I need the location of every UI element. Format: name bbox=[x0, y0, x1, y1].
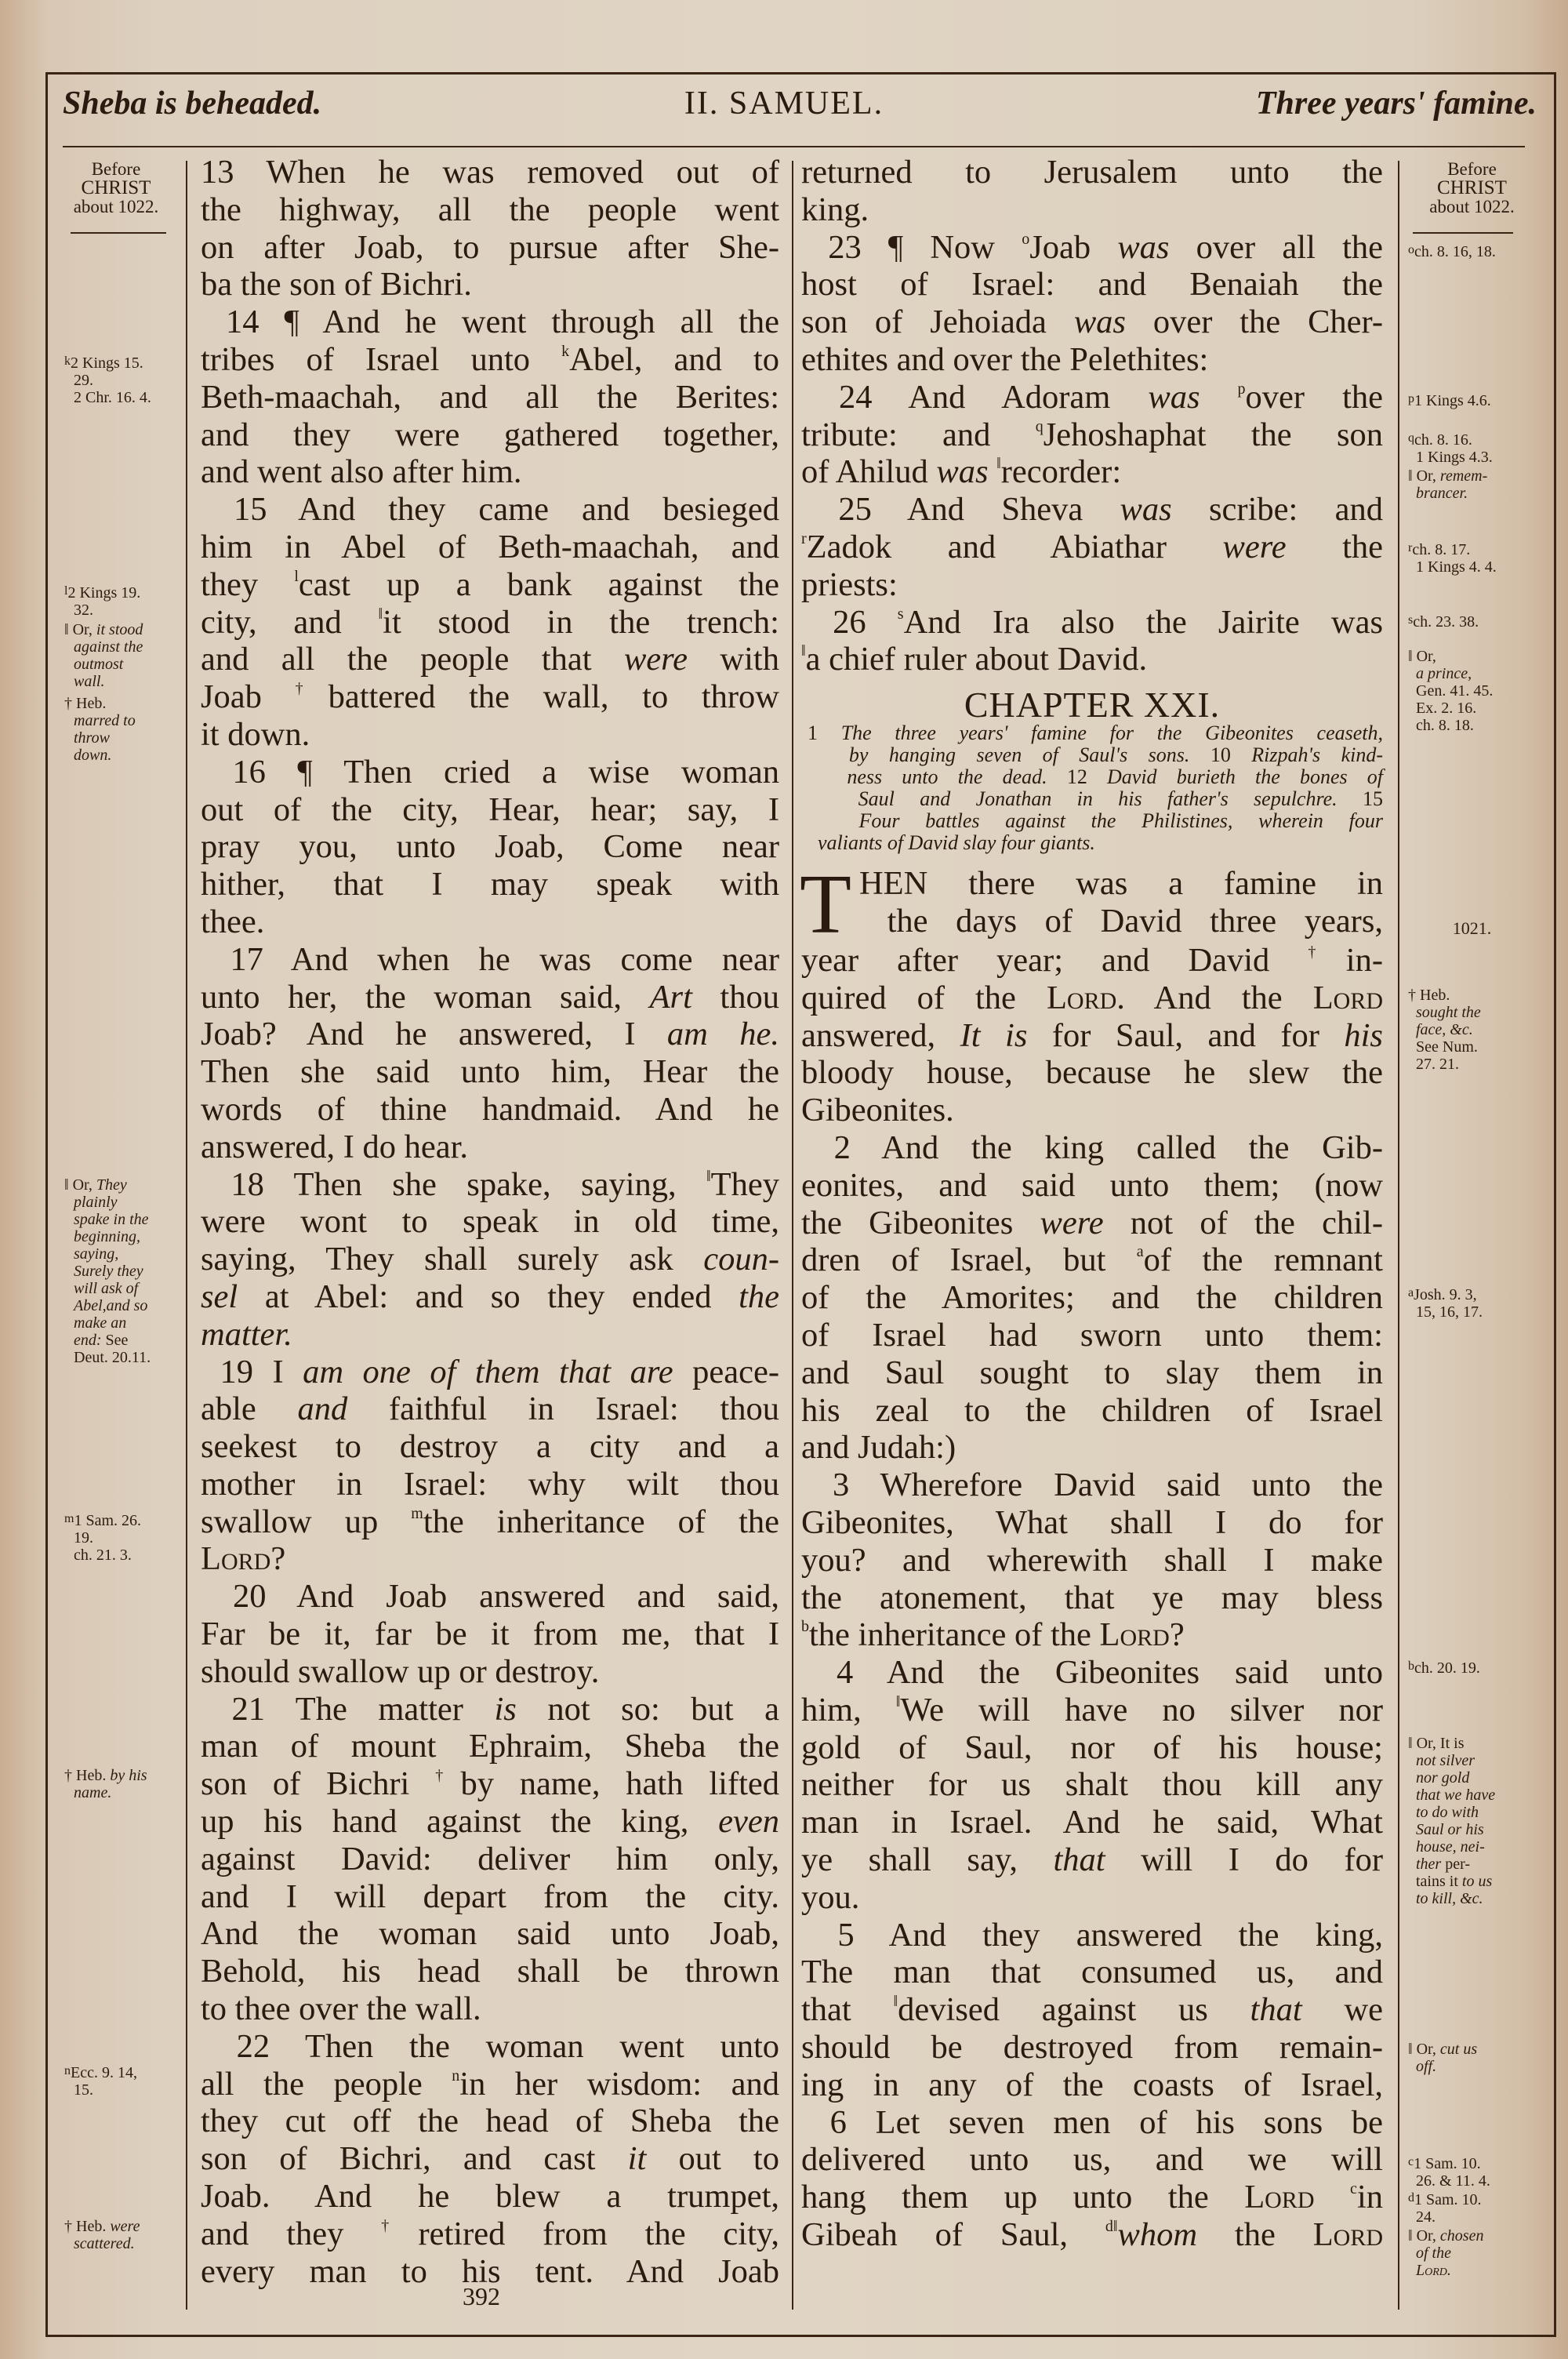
text-line: Joab. And he blew a trumpet, bbox=[201, 2178, 779, 2215]
text-line: quired of the Lord. And the Lord bbox=[801, 980, 1383, 1017]
text-line: The man that consumed us, and bbox=[801, 1954, 1383, 1991]
text-line: host of Israel: and Benaiah the bbox=[801, 266, 1383, 304]
text-line: the highway, all the people went bbox=[201, 191, 779, 229]
verse-18: 18 Then she spake, saying, ‖They bbox=[201, 1166, 779, 1204]
verse-14: 14 ¶ And he went through all the bbox=[201, 304, 779, 341]
text-line: of Ahilud was ‖recorder: bbox=[801, 453, 1383, 491]
date-before: Before bbox=[49, 160, 183, 179]
text-line: hang them up unto the Lord cin bbox=[801, 2179, 1383, 2216]
verse-4: 4 And the Gibeonites said unto bbox=[801, 1654, 1383, 1692]
verse-16: 16 ¶ Then cried a wise woman bbox=[201, 754, 779, 791]
text-line: city, and ‖it stood in the trench: bbox=[201, 604, 779, 642]
text-line: son of Jehoiada was over the Cher- bbox=[801, 304, 1383, 341]
date-christ: CHRIST bbox=[49, 179, 183, 198]
text-line: neither for us shalt thou kill any bbox=[801, 1766, 1383, 1804]
verse-6: 6 Let seven men of his sons be bbox=[801, 2104, 1383, 2142]
text-line: man in Israel. And he said, What bbox=[801, 1804, 1383, 1841]
text-line: were wont to speak in old time, bbox=[201, 1203, 779, 1241]
verse-24: 24 And Adoram was pover the bbox=[801, 379, 1383, 416]
text-line: the Gibeonites were not of the chil- bbox=[801, 1205, 1383, 1242]
text-line: it down. bbox=[201, 716, 779, 754]
text-line: sel at Abel: and so they ended the bbox=[201, 1278, 779, 1316]
margin-note-or-chosen: ‖ Or, chosen of the Lord. bbox=[1408, 2227, 1541, 2279]
text-line: thee. bbox=[201, 903, 779, 941]
text-line: Gibeonites, What shall I do for bbox=[801, 1504, 1383, 1542]
verse-2: 2 And the king called the Gib- bbox=[801, 1129, 1383, 1167]
right-date-label: Before CHRIST about 1022. bbox=[1403, 160, 1541, 216]
text-line: should be destroyed from remain- bbox=[801, 2029, 1383, 2066]
text-line: out of the city, Hear, hear; say, I bbox=[201, 791, 779, 829]
text-line: to thee over the wall. bbox=[201, 1990, 779, 2028]
text-line: his zeal to the children of Israel bbox=[801, 1392, 1383, 1430]
margin-note-l: l2 Kings 19. 32. bbox=[64, 584, 198, 619]
summary-line: 1 The three years' famine for the Gibeon… bbox=[808, 722, 1383, 744]
text-line: ‖a chief ruler about David. bbox=[801, 641, 1383, 678]
summary-line: ness unto the dead. 12 David burieth the… bbox=[808, 766, 1383, 788]
text-line: of the Amorites; and the children bbox=[801, 1279, 1383, 1317]
text-line: and I will depart from the city. bbox=[201, 1878, 779, 1916]
text-line: you. bbox=[801, 1879, 1383, 1917]
text-line: on after Joab, to pursue after She- bbox=[201, 229, 779, 267]
margin-note-heb-by-name: † Heb. by his name. bbox=[64, 1767, 198, 1801]
text-line: tribute: and qJehoshaphat the son bbox=[801, 416, 1383, 454]
text-line: Far be it, far be it from me, that I bbox=[201, 1616, 779, 1653]
text-line: year after year; and David †in- bbox=[801, 942, 1383, 980]
text-line: matter. bbox=[201, 1316, 779, 1354]
text-line: HEN there was a famine in bbox=[801, 865, 1383, 903]
text-line: Joab †battered the wall, to throw bbox=[201, 678, 779, 716]
text-line: man of mount Ephraim, Sheba the bbox=[201, 1728, 779, 1765]
verse-19: 19 I am one of them that are peace- bbox=[201, 1354, 779, 1391]
margin-note-s: sch. 23. 38. bbox=[1408, 613, 1541, 631]
margin-note-heb-sought: † Heb. sought the face, &c. See Num. 27.… bbox=[1408, 987, 1541, 1073]
center-column-divider bbox=[792, 161, 793, 2310]
margin-note-q: qch. 8. 16. 1 Kings 4.3. bbox=[1408, 431, 1541, 466]
text-line: the atonement, that ye may bless bbox=[801, 1579, 1383, 1617]
text-line: priests: bbox=[801, 566, 1383, 604]
running-head-right: Three years' famine. bbox=[1256, 80, 1537, 127]
right-text-column: returned to Jerusalem unto the king. 23 … bbox=[801, 154, 1383, 2254]
page-number: 392 bbox=[463, 2282, 500, 2311]
text-line: returned to Jerusalem unto the bbox=[801, 154, 1383, 191]
text-line: him in Abel of Beth-maachah, and bbox=[201, 529, 779, 566]
verse-22: 22 Then the woman went unto bbox=[201, 2028, 779, 2066]
left-date-label: Before CHRIST about 1022. bbox=[49, 160, 183, 216]
date-rule bbox=[71, 232, 166, 234]
verse-17: 17 And when he was come near bbox=[201, 941, 779, 979]
year-change-marker: 1021. bbox=[1403, 919, 1541, 938]
right-margin: Before CHRIST about 1022. och. 8. 16, 18… bbox=[1403, 157, 1544, 2321]
margin-note-b: bch. 20. 19. bbox=[1408, 1659, 1541, 1677]
text-line: and went also after him. bbox=[201, 453, 779, 491]
verse-15: 15 And they came and besieged bbox=[201, 491, 779, 529]
text-line: and Judah:) bbox=[801, 1429, 1383, 1467]
verse-13: 13 When he was removed out of bbox=[201, 154, 779, 191]
margin-note-or-spake: ‖ Or, They plainly spake in the beginnin… bbox=[64, 1176, 198, 1366]
text-line: tribes of Israel unto kAbel, and to bbox=[201, 341, 779, 379]
text-line: up his hand against the king, even bbox=[201, 1803, 779, 1841]
date-christ: CHRIST bbox=[1403, 179, 1541, 198]
text-line: Beth-maachah, and all the Berites: bbox=[201, 379, 779, 416]
text-line: son of Bichri †by name, hath lifted bbox=[201, 1765, 779, 1803]
text-line: hither, that I may speak with bbox=[201, 866, 779, 903]
text-line: ing in any of the coasts of Israel, bbox=[801, 2066, 1383, 2104]
text-line: ye shall say, that will I do for bbox=[801, 1841, 1383, 1879]
text-line: Gibeah of Saul, d‖whom the Lord bbox=[801, 2216, 1383, 2254]
header-rule bbox=[63, 146, 1525, 147]
summary-line: by hanging seven of Saul's sons. 10 Rizp… bbox=[808, 744, 1383, 766]
text-line: Then she said unto him, Hear the bbox=[201, 1053, 779, 1091]
text-line: ba the son of Bichri. bbox=[201, 266, 779, 304]
text-line: against David: deliver him only, bbox=[201, 1841, 779, 1878]
text-line: answered, It is for Saul, and for his bbox=[801, 1017, 1383, 1055]
text-line: mother in Israel: why wilt thou bbox=[201, 1466, 779, 1503]
text-line: and they †retired from the city, bbox=[201, 2215, 779, 2253]
margin-note-or-not-silver: ‖ Or, It is not silver nor gold that we … bbox=[1408, 1735, 1541, 1907]
margin-note-d: d1 Sam. 10. 24. bbox=[1408, 2191, 1541, 2226]
text-line: and they were gathered together, bbox=[201, 416, 779, 454]
text-line: they lcast up a bank against the bbox=[201, 566, 779, 604]
text-line: they cut off the head of Sheba the bbox=[201, 2103, 779, 2140]
verse-1: T HEN there was a famine in the days of … bbox=[801, 865, 1383, 940]
drop-cap: T bbox=[800, 870, 851, 942]
margin-note-p: p1 Kings 4.6. bbox=[1408, 392, 1541, 409]
margin-note-or-remembrancer: ‖ Or, remem- brancer. bbox=[1408, 467, 1541, 502]
margin-note-o: och. 8. 16, 18. bbox=[1408, 243, 1541, 260]
text-line: seekest to destroy a city and a bbox=[201, 1428, 779, 1466]
date-rule bbox=[1413, 232, 1513, 234]
text-line: bthe inheritance of the Lord? bbox=[801, 1616, 1383, 1654]
verse-23: 23 ¶ Now oJoab was over all the bbox=[801, 229, 1383, 267]
text-line: Behold, his head shall be thrown bbox=[201, 1953, 779, 1990]
summary-line: valiants of David slay four giants. bbox=[808, 832, 1383, 854]
left-margin: Before CHRIST about 1022. k2 Kings 15. 2… bbox=[49, 157, 183, 2321]
text-line: you? and wherewith shall I make bbox=[801, 1542, 1383, 1579]
right-margin-divider bbox=[1398, 161, 1399, 2310]
margin-note-a: aJosh. 9. 3, 15, 16, 17. bbox=[1408, 1286, 1541, 1321]
text-line: and Saul sought to slay them in bbox=[801, 1354, 1383, 1392]
text-line: rZadok and Abiathar were the bbox=[801, 529, 1383, 566]
margin-note-or-stood: ‖ Or, it stood against the outmost wall. bbox=[64, 621, 198, 690]
text-line: dren of Israel, but aof the remnant bbox=[801, 1241, 1383, 1279]
text-line: Gibeonites. bbox=[801, 1092, 1383, 1129]
verse-20: 20 And Joab answered and said, bbox=[201, 1578, 779, 1616]
left-text-column: 13 When he was removed out of the highwa… bbox=[201, 154, 779, 2290]
text-line: son of Bichri, and cast it out to bbox=[201, 2140, 779, 2178]
text-line: delivered unto us, and we will bbox=[801, 2141, 1383, 2179]
date-year: about 1022. bbox=[1403, 198, 1541, 216]
summary-line: Four battles against the Philistines, wh… bbox=[808, 810, 1383, 832]
text-line: answered, I do hear. bbox=[201, 1129, 779, 1166]
text-line: words of thine handmaid. And he bbox=[201, 1091, 779, 1129]
date-before: Before bbox=[1403, 160, 1541, 179]
margin-note-heb-marred: † Heb. marred to throw down. bbox=[64, 695, 198, 764]
margin-note-heb-scattered: † Heb. were scattered. bbox=[64, 2218, 198, 2252]
bible-page: Sheba is beheaded. II. SAMUEL. Three yea… bbox=[0, 0, 1568, 2359]
text-line: pray you, unto Joab, Come near bbox=[201, 828, 779, 866]
margin-note-or-cut-off: ‖ Or, cut us off. bbox=[1408, 2041, 1541, 2075]
text-line: the days of David three years, bbox=[801, 903, 1383, 940]
text-line: eonites, and said unto them; (now bbox=[801, 1167, 1383, 1205]
chapter-summary: 1 The three years' famine for the Gibeon… bbox=[801, 722, 1383, 854]
date-year: about 1022. bbox=[49, 198, 183, 216]
text-line: should swallow up or destroy. bbox=[201, 1653, 779, 1691]
margin-note-c: c1 Sam. 10. 26. & 11. 4. bbox=[1408, 2155, 1541, 2190]
text-line: Joab? And he answered, I am he. bbox=[201, 1016, 779, 1053]
text-line: him, ‖We will have no silver nor bbox=[801, 1692, 1383, 1729]
text-line: that ‖devised against us that we bbox=[801, 1991, 1383, 2029]
text-line: and all the people that were with bbox=[201, 641, 779, 678]
chapter-heading: CHAPTER XXI. bbox=[801, 686, 1383, 724]
margin-note-k: k2 Kings 15. 29. 2 Chr. 16. 4. bbox=[64, 354, 198, 406]
text-line: gold of Saul, nor of his house; bbox=[801, 1729, 1383, 1767]
margin-note-n: nEcc. 9. 14, 15. bbox=[64, 2064, 198, 2099]
text-line: bloody house, because he slew the bbox=[801, 1054, 1383, 1092]
text-line: all the people nin her wisdom: and bbox=[201, 2066, 779, 2103]
text-line: able and faithful in Israel: thou bbox=[201, 1390, 779, 1428]
text-line: And the woman said unto Joab, bbox=[201, 1915, 779, 1953]
verse-3: 3 Wherefore David said unto the bbox=[801, 1467, 1383, 1504]
text-line: saying, They shall surely ask coun- bbox=[201, 1241, 779, 1278]
text-line: king. bbox=[801, 191, 1383, 229]
margin-note-r: rch. 8. 17. 1 Kings 4. 4. bbox=[1408, 541, 1541, 576]
verse-25: 25 And Sheva was scribe: and bbox=[801, 491, 1383, 529]
text-line: swallow up mthe inheritance of the bbox=[201, 1503, 779, 1541]
text-line: unto her, the woman said, Art thou bbox=[201, 979, 779, 1016]
text-line: Lord? bbox=[201, 1540, 779, 1578]
summary-line: Saul and Jonathan in his father's sepulc… bbox=[808, 788, 1383, 810]
verse-26: 26 sAnd Ira also the Jairite was bbox=[801, 604, 1383, 642]
text-line: ethites and over the Pelethites: bbox=[801, 341, 1383, 379]
verse-21: 21 The matter is not so: but a bbox=[201, 1691, 779, 1728]
text-line: of Israel had sworn unto them: bbox=[801, 1317, 1383, 1354]
margin-note-or-prince: ‖ Or, a prince, Gen. 41. 45. Ex. 2. 16. … bbox=[1408, 648, 1541, 734]
margin-note-m: m1 Sam. 26. 19. ch. 21. 3. bbox=[64, 1512, 198, 1564]
verse-5: 5 And they answered the king, bbox=[801, 1917, 1383, 1954]
